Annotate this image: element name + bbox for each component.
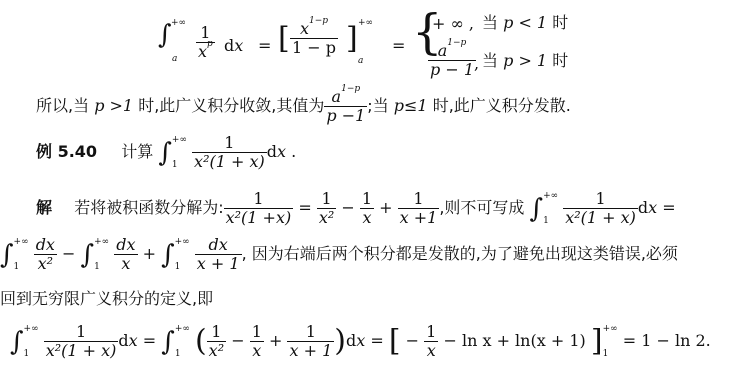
- solution-line-3: 回到无穷限广义积分的定义,即: [0, 286, 213, 309]
- integral-sign: ∫: [161, 240, 175, 270]
- conclusion-paragraph: 所以,当 p >1 时,此广义积分收敛,其值为 a1−p p −1 ;当 p≤1…: [36, 86, 571, 126]
- example-heading: 例 5.40 计算 ∫+∞1 1 x²(1 + x) dx .: [36, 132, 296, 172]
- case2-condition: 当 p > 1 时: [482, 48, 568, 71]
- solution-label: 解: [36, 198, 52, 217]
- right-bracket: ]: [346, 24, 358, 54]
- lower-limit: a: [172, 54, 177, 64]
- integral-sign: ∫: [0, 240, 14, 270]
- fraction: 1 xp: [196, 24, 215, 60]
- case2-fraction: a1−p p − 1: [428, 42, 476, 78]
- final-formula: ∫+∞1 1x²(1 + x)dx = ∫+∞1 (1x² − 1x + 1x …: [10, 316, 711, 366]
- upper-limit: +∞: [358, 18, 373, 28]
- integral-sign: ∫: [81, 240, 95, 270]
- case1-condition: 当 p < 1 时: [482, 10, 568, 33]
- integral-sign: ∫: [10, 327, 24, 357]
- case1-value: + ∞ ,: [432, 14, 474, 33]
- example-label: 例 5.40: [36, 142, 97, 161]
- equals: =: [258, 36, 271, 55]
- solution-line-2: ∫+∞1 dxx² − ∫+∞1 dxx + ∫+∞1 dxx + 1, 因为右…: [0, 232, 678, 276]
- equals: =: [392, 36, 405, 55]
- integral-sign: ∫: [530, 194, 544, 224]
- solution-line-1: 解 若将被积函数分解为: 1 x²(1 +x) = 1x² − 1x + 1x …: [36, 186, 676, 230]
- upper-limit: +∞: [171, 18, 186, 28]
- differential: dx: [224, 36, 243, 55]
- value-fraction: a1−p p −1: [324, 88, 367, 124]
- integral-sign: ∫: [158, 22, 172, 48]
- integral-sign: ∫: [158, 138, 172, 168]
- comma: ,: [474, 54, 479, 73]
- fraction: x1−p 1 − p: [290, 20, 338, 56]
- left-bracket: [: [278, 24, 290, 54]
- integral-sign: ∫: [161, 327, 175, 357]
- lower-limit: a: [358, 56, 363, 66]
